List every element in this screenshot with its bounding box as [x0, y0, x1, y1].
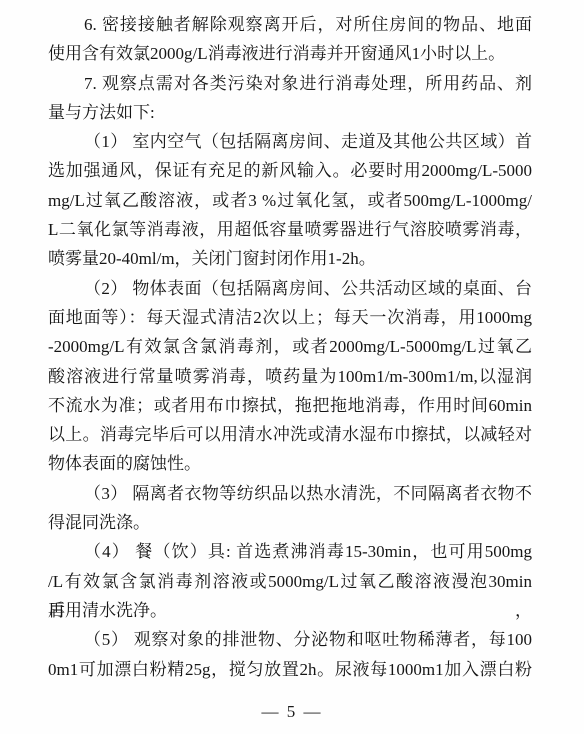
text-line: 选加强通风，保证有充足的新风输入。必要时用2000mg/L-5000 — [48, 156, 532, 185]
text-line: L二氧化氯等消毒液，用超低容量喷雾器进行气溶胶喷雾消毒， — [48, 215, 532, 244]
text-line: 6. 密接接触者解除观察离开后，对所住房间的物品、地面 — [48, 10, 532, 39]
text-line: （3） 隔离者衣物等纺织品以热水清洗，不同隔离者衣物不 — [48, 479, 532, 508]
text-line: -2000mg/L有效氯含氯消毒剂，或者2000mg/L-5000mg/L过氧乙 — [48, 332, 532, 361]
text-line: 面地面等）：每天湿式清洁2次以上；每天一次消毒，用1000mg — [48, 303, 532, 332]
text-line: 量与方法如下: — [48, 98, 532, 127]
text-line: 0m1可加漂白粉精25g，搅匀放置2h。尿液每1000m1加入漂白粉 — [48, 655, 532, 684]
page-number: — 5 — — [0, 701, 584, 723]
document-body: 6. 密接接触者解除观察离开后，对所住房间的物品、地面使用含有效氯2000g/L… — [48, 10, 532, 684]
text-line: （5） 观察对象的排泄物、分泌物和呕吐物稀薄者，每100 — [48, 625, 532, 654]
text-line: 得混同洗涤。 — [48, 508, 532, 537]
text-line: （4） 餐（饮）具: 首选煮沸消毒15-30min，也可用500mg — [48, 537, 532, 566]
text-line: 喷雾量20-40ml/m，关闭门窗封闭作用1-2h。 — [48, 244, 532, 273]
text-line: （2） 物体表面（包括隔离房间、公共活动区域的桌面、台 — [48, 274, 532, 303]
text-line: 酸溶液进行常量喷雾消毒，喷药量为100m1/m-300m1/m,以湿润 — [48, 362, 532, 391]
text-line: 使用含有效氯2000g/L消毒液进行消毒并开窗通风1小时以上。 — [48, 39, 532, 68]
text-line: 物体表面的腐蚀性。 — [48, 449, 532, 478]
text-line: mg/L过氧乙酸溶液，或者3 %过氧化氢，或者500mg/L-1000mg/ — [48, 186, 532, 215]
text-line: 7. 观察点需对各类污染对象进行消毒处理，所用药品、剂 — [48, 69, 532, 98]
text-line: 不流水为准；或者用布巾擦拭，拖把拖地消毒，作用时间60min — [48, 391, 532, 420]
text-line: /L有效氯含氯消毒剂溶液或5000mg/L过氧乙酸溶液漫泡30min后， — [48, 567, 532, 596]
text-line: 以上。消毒完毕后可以用清水冲洗或清水湿布巾擦拭，以减轻对 — [48, 420, 532, 449]
text-line: （1） 室内空气（包括隔离房间、走道及其他公共区域）首 — [48, 127, 532, 156]
document-page: 6. 密接接触者解除观察离开后，对所住房间的物品、地面使用含有效氯2000g/L… — [0, 0, 584, 734]
